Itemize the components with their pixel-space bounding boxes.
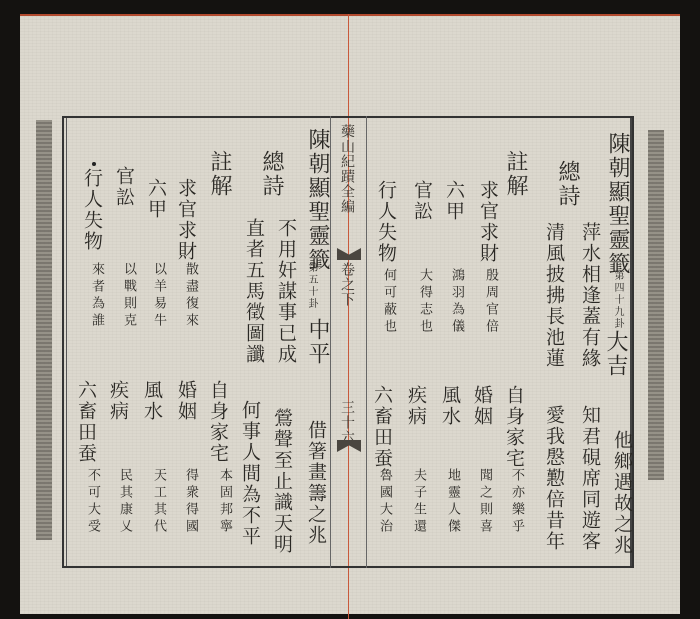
left-note-6: 得衆得國 (184, 468, 197, 536)
left-fortune: 中平 (306, 318, 328, 366)
right-slip-title: 陳朝顯聖靈籤 (606, 132, 628, 276)
right-poem-line-1: 萍水相逢蓋有緣 (580, 222, 599, 369)
right-fortune: 大吉 (604, 330, 626, 378)
left-topic-5: 自身家宅 (208, 380, 227, 464)
page-number: 三十六 (340, 400, 354, 445)
volume-label: 卷之下 (340, 262, 354, 307)
right-topic-8: 疾病 (406, 385, 425, 427)
frame-inner-line-left (66, 118, 67, 566)
right-topic-2: 六甲 (444, 180, 463, 222)
right-topic-4: 行人失物 (376, 180, 395, 264)
left-poem-line-1: 不用奸謀事已成 (276, 218, 295, 365)
left-topic-8: 疾病 (108, 380, 127, 422)
left-note-8: 民其康乂 (118, 468, 131, 536)
right-note-9: 魯國大治 (378, 468, 391, 536)
right-slip-number: 第四十九卦 (612, 270, 622, 330)
right-poem-line-2: 清風披拂長池蓮 (544, 222, 563, 369)
right-note-3: 大得志也 (418, 268, 431, 336)
right-topic-6: 婚姻 (472, 385, 491, 427)
right-note-4: 何可蔽也 (382, 268, 395, 336)
book-title: 藥山紀蹟全編 (340, 124, 354, 214)
right-topic-3: 官訟 (412, 180, 431, 222)
right-note-7: 地靈人傑 (446, 468, 459, 536)
right-topic-9: 六畜田蚕 (372, 385, 391, 469)
right-topic-1: 求官求財 (478, 180, 497, 264)
right-note-1: 殷周官倍 (484, 268, 497, 336)
left-note-2: 以羊易牛 (152, 262, 165, 330)
right-note-8: 夫子生還 (412, 468, 425, 536)
left-poem-line-2: 直者五馬徵圖讖 (244, 218, 263, 365)
left-topic-1: 求官求財 (176, 178, 195, 262)
left-poem-line-3: 鶯聲至止識天明 (272, 408, 291, 555)
gutter-line-left (330, 116, 331, 568)
right-poem-heading: 總詩 (556, 160, 578, 208)
left-omen: 借箸畫籌之兆 (306, 420, 325, 546)
left-poem-heading: 總詩 (260, 150, 282, 198)
left-topic-7: 風水 (142, 380, 161, 422)
right-note-6: 聞之則喜 (478, 468, 491, 536)
left-note-3: 以戰則克 (122, 262, 135, 330)
left-note-1: 散盡復來 (184, 262, 197, 330)
gutter-line-right (366, 116, 367, 568)
bullet-dot (92, 162, 96, 166)
left-topic-6: 婚姻 (176, 380, 195, 422)
right-note-5: 不亦樂乎 (510, 468, 523, 536)
right-note-2: 鴻羽為儀 (450, 268, 463, 336)
left-annotation-heading: 註解 (208, 150, 230, 198)
left-poem-line-4: 何事人間為不平 (240, 400, 259, 547)
left-slip-title: 陳朝顯聖靈籤 (306, 128, 328, 272)
right-poem-line-4: 愛我慇懃倍昔年 (544, 405, 563, 552)
left-topic-2: 六甲 (146, 178, 165, 220)
left-note-9: 不可大受 (86, 468, 99, 536)
right-annotation-heading: 註解 (504, 150, 526, 198)
left-slip-number: 第五十卦 (306, 262, 316, 310)
left-note-4: 來者為誰 (90, 262, 103, 330)
left-topic-4: 行人失物 (82, 168, 101, 252)
right-topic-5: 自身家宅 (504, 385, 523, 469)
right-omen: 他鄉遇故之兆 (612, 430, 631, 556)
right-poem-line-3: 知君硯席同遊客 (580, 405, 599, 552)
left-topic-3: 官訟 (114, 166, 133, 208)
left-note-7: 天工其代 (152, 468, 165, 536)
right-edge-print-strip (648, 130, 664, 480)
left-edge-print-strip (36, 120, 52, 540)
left-topic-9: 六畜田蚕 (76, 380, 95, 464)
right-topic-7: 風水 (440, 385, 459, 427)
left-note-5: 本固邦寧 (218, 468, 231, 536)
